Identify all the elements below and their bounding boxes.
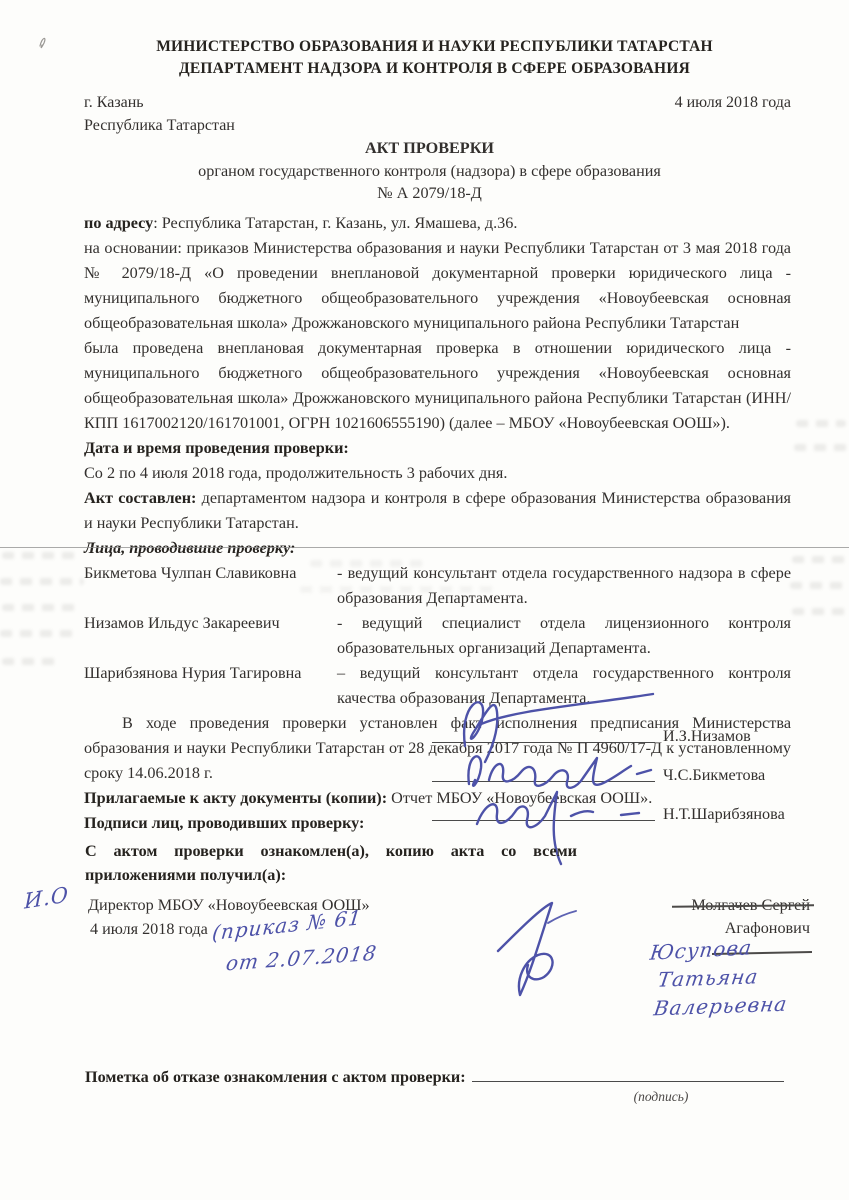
datetime-label: Дата и время проведения проверки: — [84, 436, 791, 461]
inspector-name: Низамов Ильдус Закареевич — [84, 611, 337, 661]
address-label: по адресу — [84, 214, 153, 232]
persons-label: Лица, проводившие проверку: — [84, 536, 791, 561]
inspector-row: Низамов Ильдус Закареевич - ведущий спец… — [84, 611, 791, 661]
attachments-label: Прилагаемые к акту документы (копии): — [84, 789, 387, 807]
ministry-header-line2: ДЕПАРТАМЕНТ НАДЗОРА И КОНТРОЛЯ В СФЕРЕ О… — [60, 58, 809, 80]
composed-paragraph: Акт составлен: департаментом надзора и к… — [84, 486, 791, 536]
struck-name-text2: Агафонович — [725, 919, 810, 937]
address-text: : Республика Татарстан, г. Казань, ул. Я… — [153, 214, 517, 232]
signatory-name: Н.Т.Шарибзянова — [663, 805, 785, 824]
refusal-signature-line — [472, 1067, 784, 1082]
place-date-block: г. Казань 4 июля 2018 года Республика Та… — [84, 91, 791, 139]
bleedthrough-artifact — [310, 560, 430, 567]
refusal-caption: (подпись) — [505, 1089, 817, 1105]
signatory-name: Ч.С.Бикметова — [663, 766, 765, 785]
scan-line-artifact — [0, 547, 849, 548]
act-subtitle: органом государственного контроля (надзо… — [60, 160, 799, 183]
bleedthrough-artifact — [792, 556, 847, 563]
bleedthrough-artifact — [0, 630, 80, 637]
bleedthrough-artifact — [2, 604, 80, 611]
scanned-document-page: МИНИСТЕРСТВО ОБРАЗОВАНИЯ И НАУКИ РЕСПУБЛ… — [0, 0, 849, 1200]
basis-paragraph: на основании: приказов Министерства обра… — [84, 236, 791, 336]
director-date: 4 июля 2018 года — [90, 920, 208, 939]
signatory-name: И.З.Низамов — [663, 727, 751, 746]
inspector-name: Бикметова Чулпан Славиковна — [84, 561, 337, 611]
handwritten-name-line1: Юсупова — [649, 935, 754, 965]
pencil-mark — [34, 34, 52, 54]
act-title: АКТ ПРОВЕРКИ — [60, 137, 799, 160]
handwritten-name-line2: Татьяна — [656, 964, 760, 992]
composed-label: Акт составлен: — [84, 489, 196, 507]
handwritten-name-line3: Валерьевна — [652, 992, 789, 1021]
bleedthrough-artifact — [794, 444, 847, 451]
director-signature-ink — [478, 893, 598, 1003]
inspector-role: - ведущий специалист отдела лицензионног… — [337, 611, 791, 661]
title-block: АКТ ПРОВЕРКИ органом государственного ко… — [60, 137, 799, 205]
bleedthrough-artifact — [790, 582, 848, 589]
address-paragraph: по адресу: Республика Татарстан, г. Каза… — [84, 211, 791, 236]
struck-name-block: Молгачев Сергей Агафонович — [620, 894, 810, 940]
handwritten-io-mark: И.О — [24, 882, 69, 913]
bleedthrough-artifact — [0, 578, 84, 585]
inspection-paragraph: была проведена внеплановая документарная… — [84, 336, 791, 436]
bleedthrough-artifact — [796, 420, 846, 427]
acknowledgment-paragraph: С актом проверки ознакомлен(а), копию ак… — [85, 839, 577, 887]
refusal-note: Пометка об отказе ознакомления с актом п… — [85, 1067, 784, 1087]
ministry-header-line1: МИНИСТЕРСТВО ОБРАЗОВАНИЯ И НАУКИ РЕСПУБЛ… — [60, 36, 809, 58]
bleedthrough-artifact — [300, 586, 500, 593]
city-label: г. Казань — [84, 91, 144, 115]
bleedthrough-artifact — [2, 552, 82, 559]
act-number: № А 2079/18-Д — [60, 182, 799, 205]
inspector-name: Шарибзянова Нурия Тагировна — [84, 661, 337, 711]
date-label: 4 июля 2018 года — [675, 91, 791, 115]
bleedthrough-artifact — [2, 658, 62, 665]
bleedthrough-artifact — [792, 608, 847, 615]
region-label: Республика Татарстан — [84, 114, 235, 138]
struck-name-line1: Молгачев Сергей — [620, 894, 810, 917]
handwritten-order-note-line2: от 2.07.2018 — [224, 941, 378, 976]
ministry-header: МИНИСТЕРСТВО ОБРАЗОВАНИЯ И НАУКИ РЕСПУБЛ… — [60, 36, 809, 80]
datetime-text: Со 2 по 4 июля 2018 года, продолжительно… — [84, 461, 791, 486]
refusal-label: Пометка об отказе ознакомления с актом п… — [85, 1068, 466, 1086]
